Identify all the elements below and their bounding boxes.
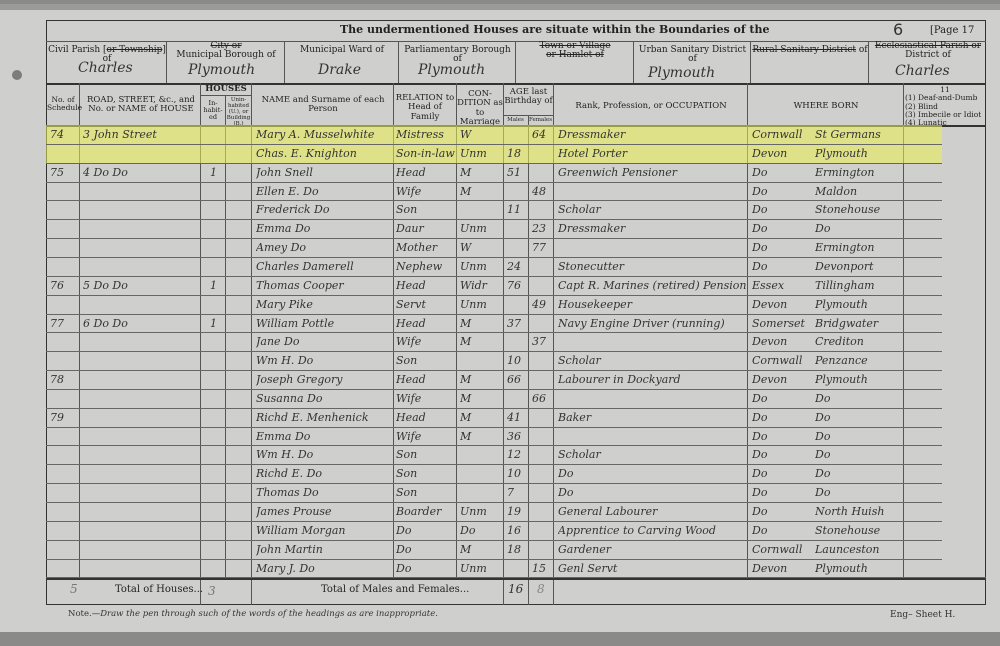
cell-male-age: 12 <box>507 448 527 461</box>
col-females: Females <box>528 117 553 123</box>
cell-born-place: North Huish <box>815 505 903 518</box>
cell-condition: M <box>460 373 502 386</box>
cell-born-place: Plymouth <box>815 562 903 575</box>
cell-name: Ellen E. Do <box>256 185 392 198</box>
rural-sanitary-label: Rural Sanitary District of <box>752 46 868 55</box>
ecclesiastical-parish-value: Charles <box>895 63 950 79</box>
cell-female-age: 23 <box>532 222 552 235</box>
cell-inhabited: 1 <box>210 317 224 330</box>
row-divider <box>46 314 942 315</box>
cell-condition: Unm <box>460 298 502 311</box>
cell-condition: M <box>460 185 502 198</box>
cell-male-age: 10 <box>507 354 527 367</box>
cell-occupation: Housekeeper <box>558 298 746 311</box>
cell-condition: Unm <box>460 505 502 518</box>
cell-male-age: 10 <box>507 467 527 480</box>
cell-name: Thomas Cooper <box>256 279 392 292</box>
total-houses-value: 3 <box>208 584 216 598</box>
cell-born-county: Cornwall <box>752 543 812 556</box>
row-divider <box>46 332 942 333</box>
cell-name: Frederick Do <box>256 203 392 216</box>
col-line <box>225 95 226 578</box>
cell-born-place: Bridgwater <box>815 317 903 330</box>
cell-born-county: Devon <box>752 298 812 311</box>
cell-condition: Unm <box>460 260 502 273</box>
cell-name: Wm H. Do <box>256 448 392 461</box>
row-divider <box>46 389 942 390</box>
divider <box>503 115 553 116</box>
col-name: NAME and Surname of each Person <box>255 96 391 115</box>
cell-road: 5 Do Do <box>83 279 198 292</box>
cell-born-county: Cornwall <box>752 128 812 141</box>
cell-born-county: Somerset <box>752 317 812 330</box>
municipal-borough-label: City orMunicipal Borough of <box>168 42 284 61</box>
row-divider <box>46 521 942 522</box>
divider <box>46 578 986 580</box>
cell-male-age: 76 <box>507 279 527 292</box>
cell-born-place: Do <box>815 486 903 499</box>
cell-occupation: Genl Servt <box>558 562 746 575</box>
cell-female-age: 77 <box>532 241 552 254</box>
cell-relation: Daur <box>396 222 456 235</box>
cell-occupation: Dressmaker <box>558 128 746 141</box>
municipal-borough-value: Plymouth <box>188 62 255 78</box>
cell-condition: M <box>460 335 502 348</box>
row-divider <box>46 238 942 239</box>
cell-relation: Head <box>396 411 456 424</box>
town-village-label: Town or Village or Hamlet of <box>535 42 615 61</box>
cell-relation: Boarder <box>396 505 456 518</box>
cell-occupation: Stonecutter <box>558 260 746 273</box>
col-males: Males <box>503 117 528 123</box>
cell-male-age: 11 <box>507 203 527 216</box>
punch-hole <box>12 70 22 80</box>
total-females: 8 <box>537 582 545 596</box>
cell-born-county: Do <box>752 467 812 480</box>
cell-inhabited: 1 <box>210 279 224 292</box>
cell-name: John Martin <box>256 543 392 556</box>
cell-road: 6 Do Do <box>83 317 198 330</box>
cell-female-age: 66 <box>532 392 552 405</box>
cell-relation: Son <box>396 354 456 367</box>
total-persons-label: Total of Males and Females... <box>321 584 469 595</box>
cell-relation: Wife <box>396 430 456 443</box>
col-line <box>528 115 529 605</box>
cell-born-county: Do <box>752 430 812 443</box>
col-condition: CON-DITION as to Marriage <box>457 90 503 127</box>
col-uninhabited: Unin-habited (U.), or Building (B.) <box>226 97 251 127</box>
sheet-number: 6 <box>893 20 903 39</box>
cell-condition: Unm <box>460 562 502 575</box>
cell-name: Susanna Do <box>256 392 392 405</box>
cell-born-place: Ermington <box>815 241 903 254</box>
cell-born-place: Plymouth <box>815 147 903 160</box>
cell-name: Mary J. Do <box>256 562 392 575</box>
cell-schedule: 77 <box>50 317 78 330</box>
cell-name: Chas. E. Knighton <box>256 147 392 160</box>
cell-born-place: Plymouth <box>815 298 903 311</box>
cell-condition: Unm <box>460 222 502 235</box>
row-divider <box>46 427 942 428</box>
total-schedules: 5 <box>70 582 78 596</box>
cell-born-county: Do <box>752 185 812 198</box>
cell-relation: Head <box>396 166 456 179</box>
cell-relation: Head <box>396 279 456 292</box>
col-schedule: No. of Schedule <box>47 96 79 113</box>
cell-born-place: Stonehouse <box>815 524 903 537</box>
cell-born-county: Devon <box>752 562 812 575</box>
cell-born-place: Do <box>815 222 903 235</box>
row-divider <box>46 483 942 484</box>
cell-born-county: Do <box>752 222 812 235</box>
row-divider <box>46 445 942 446</box>
cell-relation: Head <box>396 373 456 386</box>
cell-born-county: Devon <box>752 335 812 348</box>
scan-background <box>0 632 1000 646</box>
cell-relation: Wife <box>396 392 456 405</box>
cell-born-county: Do <box>752 392 812 405</box>
cell-born-place: St Germans <box>815 128 903 141</box>
row-divider <box>46 502 942 503</box>
divider <box>46 83 986 85</box>
cell-born-place: Maldon <box>815 185 903 198</box>
divider <box>633 41 634 83</box>
cell-condition: Widr <box>460 279 502 292</box>
cell-born-place: Do <box>815 392 903 405</box>
row-divider <box>46 370 942 371</box>
cell-male-age: 16 <box>507 524 527 537</box>
page-label: [Page 17 <box>930 25 974 36</box>
urban-sanitary-label: Urban Sanitary District of <box>635 46 750 65</box>
cell-occupation: Gardener <box>558 543 746 556</box>
cell-condition: M <box>460 430 502 443</box>
cell-condition: M <box>460 392 502 405</box>
cell-name: William Morgan <box>256 524 392 537</box>
cell-name: Amey Do <box>256 241 392 254</box>
cell-condition: Do <box>460 524 502 537</box>
cell-name: Emma Do <box>256 430 392 443</box>
cell-born-place: Do <box>815 430 903 443</box>
cell-born-county: Do <box>752 241 812 254</box>
divider <box>398 41 399 83</box>
total-houses-label: Total of Houses... <box>115 584 203 595</box>
cell-schedule: 75 <box>50 166 78 179</box>
col-occupation: Rank, Profession, or OCCUPATION <box>556 102 746 111</box>
cell-road: 3 John Street <box>83 128 198 141</box>
cell-occupation: Scholar <box>558 448 746 461</box>
cell-inhabited: 1 <box>210 166 224 179</box>
cell-born-place: Do <box>815 411 903 424</box>
cell-relation: Wife <box>396 185 456 198</box>
row-divider <box>46 200 942 201</box>
row-divider <box>46 182 942 183</box>
row-divider <box>46 559 942 560</box>
cell-male-age: 19 <box>507 505 527 518</box>
cell-relation: Son <box>396 486 456 499</box>
divider <box>515 41 516 83</box>
cell-born-county: Do <box>752 203 812 216</box>
cell-condition: M <box>460 543 502 556</box>
divider <box>166 41 167 83</box>
cell-occupation: Greenwich Pensioner <box>558 166 746 179</box>
cell-road: 4 Do Do <box>83 166 198 179</box>
col-road: ROAD, STREET, &c., and No. or NAME of HO… <box>84 96 198 115</box>
cell-schedule: 76 <box>50 279 78 292</box>
cell-male-age: 18 <box>507 147 527 160</box>
cell-female-age: 64 <box>532 128 552 141</box>
row-divider <box>46 351 942 352</box>
row-divider <box>46 144 942 145</box>
cell-schedule: 78 <box>50 373 78 386</box>
row-divider <box>46 295 942 296</box>
cell-name: Emma Do <box>256 222 392 235</box>
footer-note: Note.—Draw the pen through such of the w… <box>68 609 438 619</box>
cell-born-place: Launceston <box>815 543 903 556</box>
divider <box>284 41 285 83</box>
cell-name: William Pottle <box>256 317 392 330</box>
ecclesiastical-parish-label: Ecclesiastical Parish orDistrict of <box>870 42 986 61</box>
cell-relation: Son <box>396 448 456 461</box>
col-relation: RELATION to Head of Family <box>395 94 455 122</box>
cell-occupation: Labourer in Dockyard <box>558 373 746 386</box>
cell-born-county: Do <box>752 524 812 537</box>
cell-male-age: 18 <box>507 543 527 556</box>
cell-occupation: Navy Engine Driver (running) <box>558 317 746 330</box>
cell-born-county: Do <box>752 448 812 461</box>
municipal-ward-label: Municipal Ward of <box>286 46 398 55</box>
cell-condition: Unm <box>460 147 502 160</box>
cell-relation: Son-in-law <box>396 147 456 160</box>
cell-relation: Wife <box>396 335 456 348</box>
cell-relation: Do <box>396 524 456 537</box>
col-houses: HOUSES <box>201 85 251 94</box>
cell-name: Richd E. Menhenick <box>256 411 392 424</box>
cell-born-place: Crediton <box>815 335 903 348</box>
cell-relation: Mother <box>396 241 456 254</box>
cell-condition: W <box>460 128 502 141</box>
cell-occupation: Do <box>558 486 746 499</box>
cell-name: Charles Damerell <box>256 260 392 273</box>
row-divider <box>46 540 942 541</box>
cell-relation: Son <box>396 467 456 480</box>
cell-name: Mary A. Musselwhite <box>256 128 392 141</box>
row-divider <box>46 257 942 258</box>
cell-schedule: 74 <box>50 128 78 141</box>
cell-occupation: Dressmaker <box>558 222 746 235</box>
cell-male-age: 36 <box>507 430 527 443</box>
cell-female-age: 37 <box>532 335 552 348</box>
col-infirmity: 11 (1) Deaf-and-Dumb (2) Blind (3) Imbec… <box>905 86 985 127</box>
cell-relation: Do <box>396 562 456 575</box>
cell-name: Wm H. Do <box>256 354 392 367</box>
cell-condition: M <box>460 411 502 424</box>
cell-born-county: Devon <box>752 147 812 160</box>
row-divider <box>46 408 942 409</box>
cell-condition: M <box>460 317 502 330</box>
cell-male-age: 66 <box>507 373 527 386</box>
cell-born-county: Do <box>752 411 812 424</box>
divider <box>868 41 869 83</box>
cell-occupation: Scholar <box>558 354 746 367</box>
parliamentary-borough-value: Plymouth <box>418 62 485 78</box>
cell-name: Mary Pike <box>256 298 392 311</box>
cell-relation: Son <box>396 203 456 216</box>
col-where-born: WHERE BORN <box>750 102 902 111</box>
divider <box>200 95 251 96</box>
cell-name: Jane Do <box>256 335 392 348</box>
cell-born-place: Tillingham <box>815 279 903 292</box>
cell-relation: Mistress <box>396 128 456 141</box>
cell-occupation: Scholar <box>558 203 746 216</box>
cell-occupation: Capt R. Marines (retired) Pensioner <box>558 279 746 292</box>
cell-male-age: 37 <box>507 317 527 330</box>
row-divider <box>46 464 942 465</box>
sheet-label: Eng– Sheet H. <box>890 610 955 620</box>
cell-born-place: Do <box>815 448 903 461</box>
cell-born-county: Do <box>752 505 812 518</box>
row-divider <box>46 163 942 164</box>
cell-condition: W <box>460 241 502 254</box>
urban-sanitary-value: Plymouth <box>648 65 715 81</box>
row-divider <box>46 276 942 277</box>
cell-occupation: Hotel Porter <box>558 147 746 160</box>
cell-born-place: Plymouth <box>815 373 903 386</box>
col-age: AGE last Birthday of <box>504 88 553 107</box>
cell-born-county: Do <box>752 260 812 273</box>
cell-relation: Do <box>396 543 456 556</box>
cell-occupation: Do <box>558 467 746 480</box>
cell-male-age: 7 <box>507 486 527 499</box>
cell-female-age: 48 <box>532 185 552 198</box>
cell-born-county: Devon <box>752 373 812 386</box>
cell-occupation: Baker <box>558 411 746 424</box>
cell-female-age: 49 <box>532 298 552 311</box>
cell-born-place: Do <box>815 467 903 480</box>
cell-born-place: Ermington <box>815 166 903 179</box>
cell-relation: Servt <box>396 298 456 311</box>
cell-female-age: 15 <box>532 562 552 575</box>
cell-occupation: Apprentice to Carving Wood <box>558 524 746 537</box>
cell-relation: Head <box>396 317 456 330</box>
cell-name: John Snell <box>256 166 392 179</box>
cell-born-county: Cornwall <box>752 354 812 367</box>
cell-born-county: Essex <box>752 279 812 292</box>
cell-relation: Nephew <box>396 260 456 273</box>
cell-male-age: 41 <box>507 411 527 424</box>
divider <box>750 41 751 83</box>
page-edge <box>0 4 1000 10</box>
document-title: The undermentioned Houses are situate wi… <box>340 23 769 36</box>
cell-born-county: Do <box>752 166 812 179</box>
cell-male-age: 24 <box>507 260 527 273</box>
cell-schedule: 79 <box>50 411 78 424</box>
civil-parish-value: Charles <box>78 60 133 76</box>
row-divider <box>46 219 942 220</box>
col-inhabited: In-habit-ed <box>201 100 225 121</box>
cell-condition: M <box>460 166 502 179</box>
cell-name: Richd E. Do <box>256 467 392 480</box>
cell-born-place: Stonehouse <box>815 203 903 216</box>
cell-name: James Prouse <box>256 505 392 518</box>
cell-male-age: 51 <box>507 166 527 179</box>
cell-occupation: General Labourer <box>558 505 746 518</box>
cell-name: Joseph Gregory <box>256 373 392 386</box>
municipal-ward-value: Drake <box>318 62 361 78</box>
cell-born-county: Do <box>752 486 812 499</box>
cell-name: Thomas Do <box>256 486 392 499</box>
cell-born-place: Penzance <box>815 354 903 367</box>
total-males: 16 <box>508 582 523 596</box>
cell-born-place: Devonport <box>815 260 903 273</box>
